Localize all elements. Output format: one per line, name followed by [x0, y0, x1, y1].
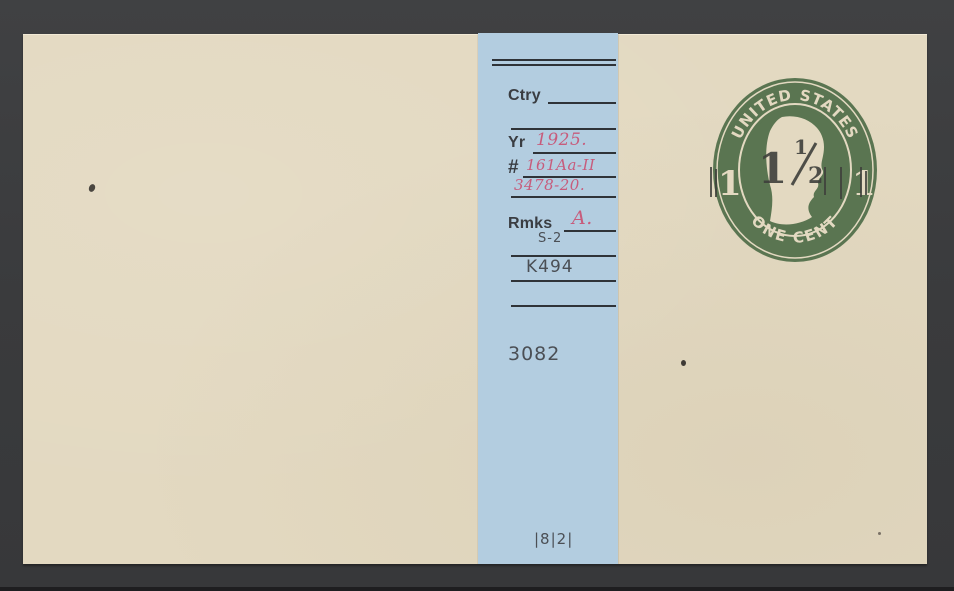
- stock-card-band: Ctry Yr 1925. # 161Aa-II 3478-20. Rmks A…: [478, 33, 618, 564]
- surcharge-bar: [824, 167, 826, 195]
- surcharge-bar: [865, 171, 867, 195]
- surcharge-bar: [710, 167, 712, 197]
- divider: [511, 280, 616, 282]
- remarks-line: [564, 230, 616, 232]
- bottom-note: |8|2|: [534, 530, 573, 548]
- surcharge-bar: [715, 169, 717, 197]
- surcharge-denominator: 2: [808, 163, 823, 189]
- paper-speck: [681, 360, 686, 366]
- paper-speck: [878, 532, 881, 535]
- surcharge-bar: [860, 167, 862, 197]
- divider: [511, 196, 616, 198]
- country-line: [548, 102, 616, 104]
- remarks-value: A.: [572, 207, 593, 229]
- scanner-edge: [0, 587, 954, 591]
- left-value: 1: [718, 164, 742, 204]
- surcharge-numerator: 1: [794, 135, 808, 159]
- year-label: Yr: [508, 134, 525, 152]
- year-value: 1925.: [536, 130, 587, 150]
- country-label: Ctry: [508, 87, 541, 105]
- stamp-graphic: UNITED STATES ONE CENT 1 1 1 1 2: [712, 77, 878, 263]
- divider: [492, 59, 616, 61]
- right-value: 1: [852, 164, 876, 204]
- number-value: 161Aa-II: [526, 156, 595, 174]
- divider: [511, 305, 616, 307]
- note-3082: 3082: [508, 343, 560, 365]
- embossed-stamp: UNITED STATES ONE CENT 1 1 1 1 2: [712, 77, 878, 263]
- surcharge-whole: 1: [758, 144, 787, 193]
- year-line: [533, 152, 616, 154]
- divider: [492, 64, 616, 66]
- paper-speck: [88, 183, 97, 193]
- number-value-2: 3478-20.: [514, 176, 585, 194]
- note-s2: S-2: [538, 231, 562, 246]
- note-k494: K494: [526, 257, 574, 277]
- surcharge-bar: [840, 167, 842, 199]
